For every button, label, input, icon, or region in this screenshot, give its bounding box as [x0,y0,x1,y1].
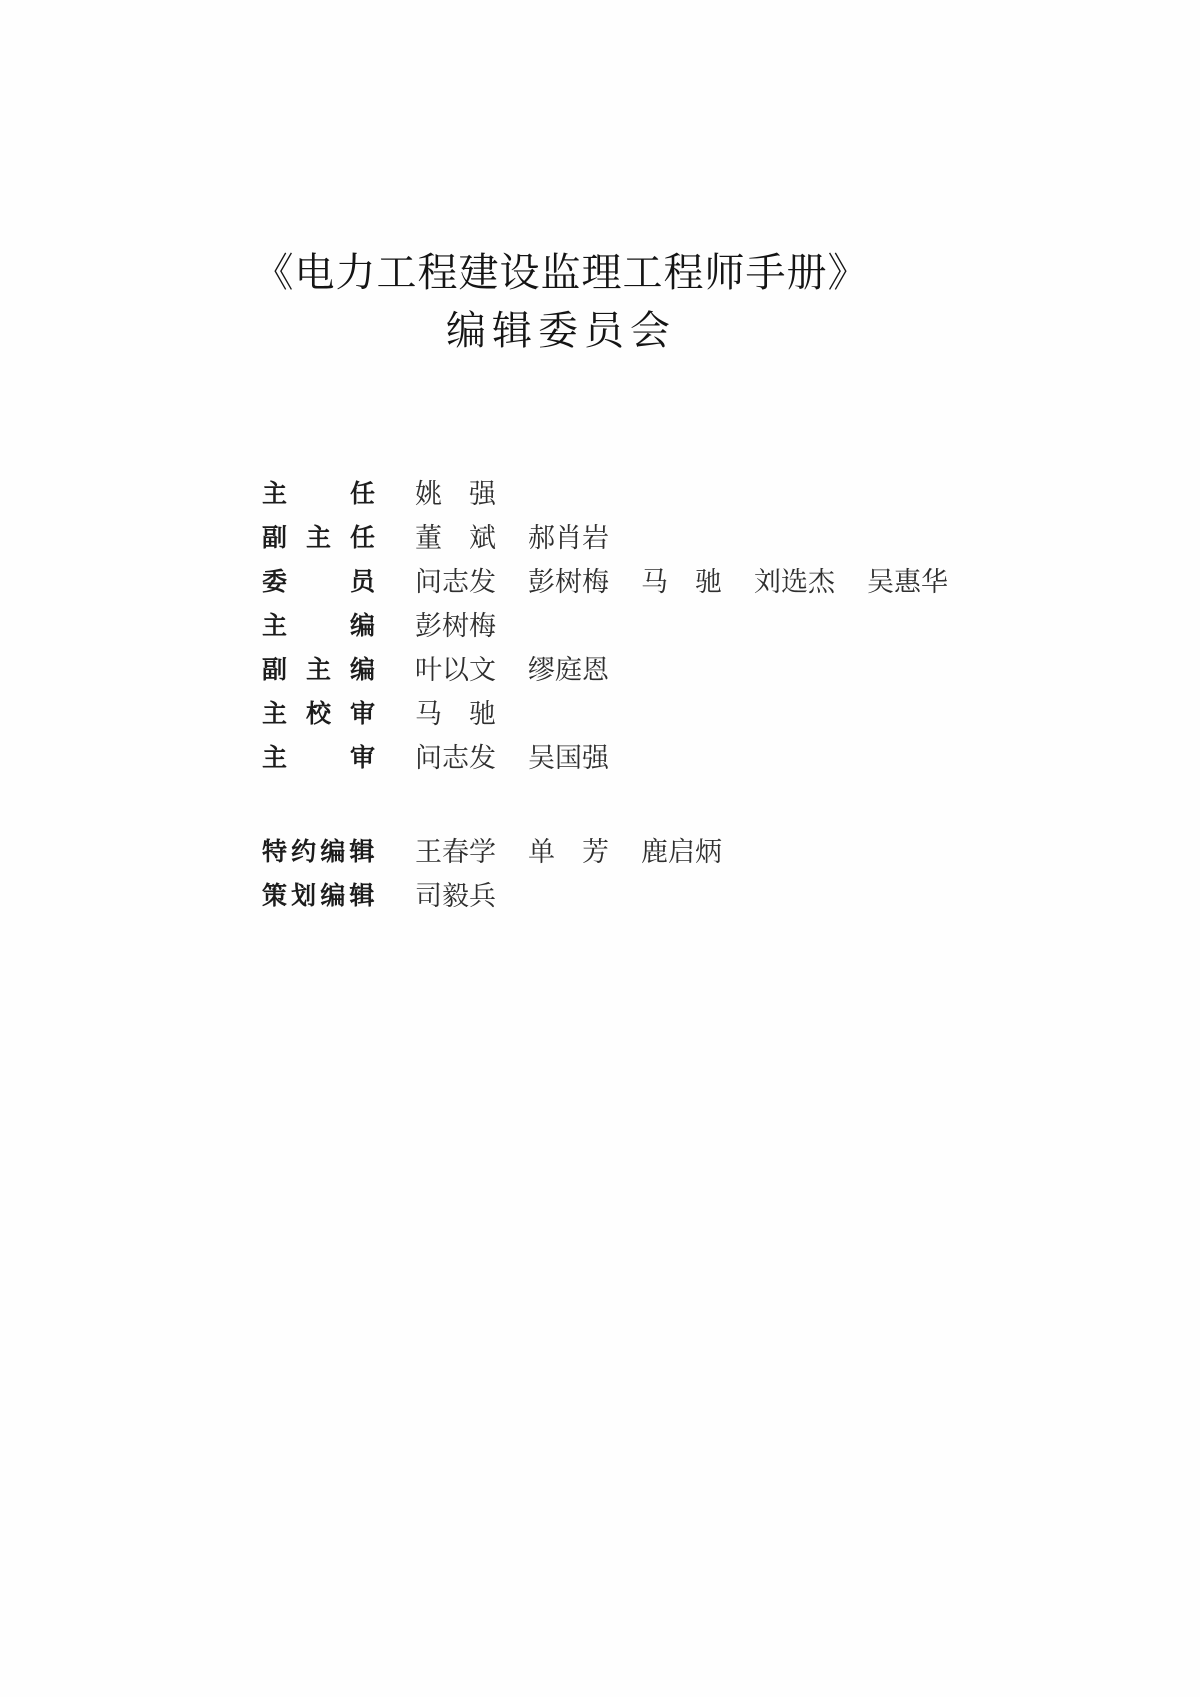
member-name: 马 驰 [641,568,754,596]
book-committee-page: 《电力工程建设监理工程师手册》 编辑委员会 主任姚 强 副主任董 斌郝肖岩 委员… [0,0,1200,1697]
committee-row-members: 委员问志发彭树梅马 驰刘选杰吴惠华 [262,568,948,596]
committee-row-chief-proofreader: 主校审马 驰 [262,700,948,728]
committee-row-deputy-director: 副主任董 斌郝肖岩 [262,524,948,552]
name-group: 姚 强 [415,480,496,508]
role-label: 副主任 [262,524,375,552]
role-label: 策划编辑 [262,882,375,910]
member-name: 鹿启炳 [641,838,722,866]
committee-row-deputy-chief-editor: 副主编叶以文缪庭恩 [262,656,948,684]
name-group: 董 斌郝肖岩 [415,524,609,552]
member-name: 彭树梅 [415,612,496,640]
member-name: 马 驰 [415,700,496,728]
role-label: 特约编辑 [262,838,375,866]
member-name: 刘选杰 [754,568,867,596]
committee-row-special-editor: 特约编辑王春学单 芳鹿启炳 [262,838,948,866]
member-name: 彭树梅 [528,568,641,596]
role-label: 主审 [262,744,375,772]
name-group: 司毅兵 [415,882,496,910]
member-name: 董 斌 [415,524,528,552]
committee-row-director: 主任姚 强 [262,480,948,508]
role-label: 主任 [262,480,375,508]
member-name: 问志发 [415,744,528,772]
committee-row-planning-editor: 策划编辑司毅兵 [262,882,948,910]
member-name: 司毅兵 [415,882,496,910]
member-name: 吴惠华 [867,568,948,596]
member-name: 王春学 [415,838,528,866]
member-name: 叶以文 [415,656,528,684]
member-name: 郝肖岩 [528,524,609,552]
book-title: 《电力工程建设监理工程师手册》 [0,244,1122,302]
member-name: 姚 强 [415,480,496,508]
member-name: 问志发 [415,568,528,596]
role-label: 委员 [262,568,375,596]
name-group: 问志发吴国强 [415,744,609,772]
page-title: 《电力工程建设监理工程师手册》 编辑委员会 [0,244,1122,360]
role-label: 主编 [262,612,375,640]
role-label: 主校审 [262,700,375,728]
member-name: 缪庭恩 [528,656,609,684]
name-group: 叶以文缪庭恩 [415,656,609,684]
member-name: 吴国强 [528,744,609,772]
role-label: 副主编 [262,656,375,684]
committee-row-chief-reviewer: 主审问志发吴国强 [262,744,948,772]
member-name: 单 芳 [528,838,641,866]
committee-row-chief-editor: 主编彭树梅 [262,612,948,640]
committee-list: 主任姚 强 副主任董 斌郝肖岩 委员问志发彭树梅马 驰刘选杰吴惠华 主编彭树梅 … [262,480,948,926]
committee-title: 编辑委员会 [0,302,1122,360]
name-group: 彭树梅 [415,612,496,640]
name-group: 王春学单 芳鹿启炳 [415,838,722,866]
name-group: 马 驰 [415,700,496,728]
name-group: 问志发彭树梅马 驰刘选杰吴惠华 [415,568,948,596]
